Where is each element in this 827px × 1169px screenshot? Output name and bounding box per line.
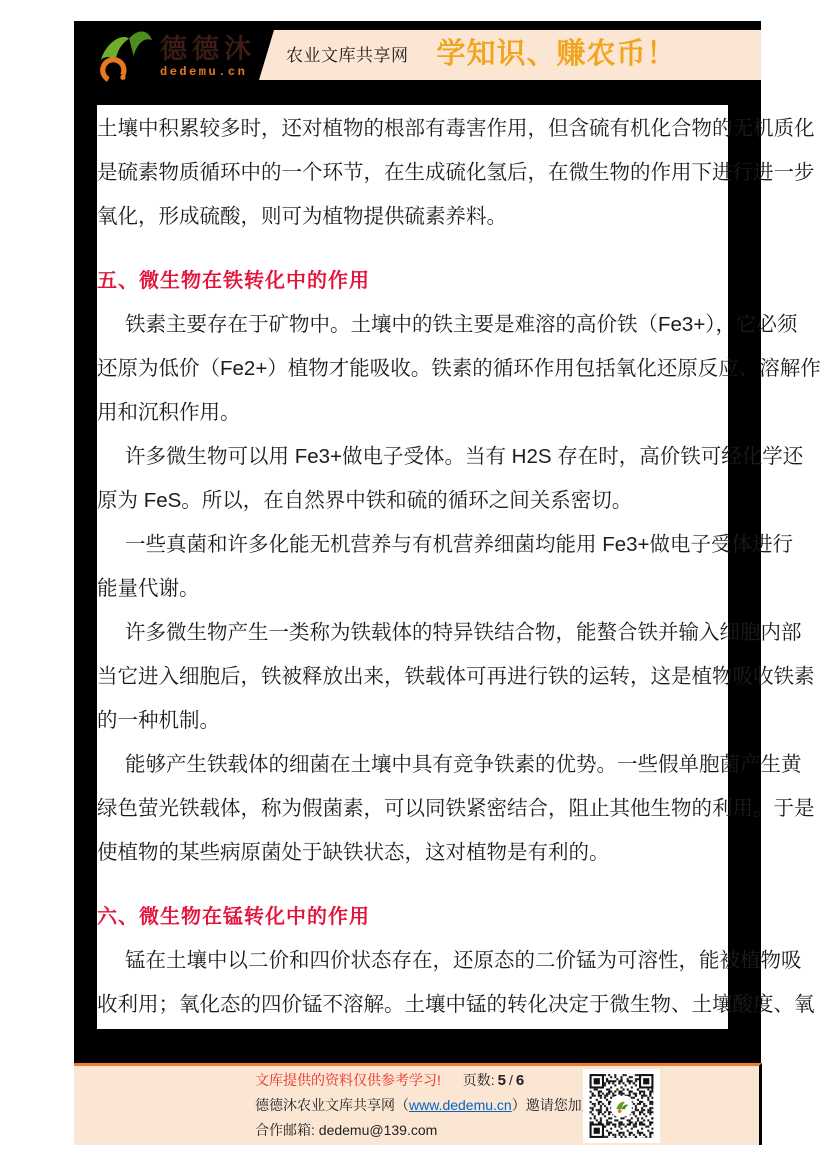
site-name: 农业文库共享网	[286, 41, 409, 66]
total-pages: 6	[516, 1072, 524, 1089]
text-line: 用和沉积作用。	[97, 391, 728, 435]
disclaimer-line: 文库提供的资料仅供参考学习! 页数:5/6	[255, 1068, 759, 1093]
qr-finder-top-right	[639, 1074, 653, 1088]
text-line: 的一种机制。	[97, 699, 728, 743]
site-logo: 德德沐 dedemu.cn	[92, 26, 256, 88]
qr-finder-bottom-left	[590, 1124, 604, 1138]
qr-center-logo	[611, 1096, 632, 1117]
website-link[interactable]: www.dedemu.cn	[409, 1097, 512, 1113]
page-indicator: 页数:5/6	[463, 1072, 527, 1088]
invite-prefix: 德德沐农业文库共享网（	[255, 1097, 409, 1113]
text-line: 锰在土壤中以二价和四价状态存在，还原态的二价锰为可溶性，能被植物吸	[97, 939, 728, 983]
text-line: 当它进入细胞后，铁被释放出来，铁载体可再进行铁的运转，这是植物吸收铁素	[97, 655, 728, 699]
text-line: 土壤中积累较多时，还对植物的根部有毒害作用，但含硫有机化合物的无机质化	[97, 107, 728, 151]
text-line: 铁素主要存在于矿物中。土壤中的铁主要是难溶的高价铁（Fe3+），它必须	[97, 303, 728, 347]
brand-text-block: 德德沐 dedemu.cn	[160, 34, 256, 80]
logo-bird-icon	[92, 28, 154, 86]
document-body: 土壤中积累较多时，还对植物的根部有毒害作用，但含硫有机化合物的无机质化 是硫素物…	[97, 105, 728, 1029]
contact-line: 合作邮箱: dedemu@139.com	[255, 1118, 759, 1143]
qr-code-image	[586, 1072, 657, 1140]
text-line: 绿色萤光铁载体，称为假菌素，可以同铁紧密结合，阻止其他生物的利用。于是	[97, 787, 728, 831]
current-page: 5	[498, 1072, 506, 1089]
qr-code	[583, 1069, 660, 1143]
section-heading-manganese: 六、微生物在锰转化中的作用	[97, 895, 728, 939]
slogan-text: 学知识、赚农币！	[437, 31, 677, 72]
text-line: 是硫素物质循环中的一个环节，在生成硫化氢后，在微生物的作用下进行进一步	[97, 151, 728, 195]
text-line: 一些真菌和许多化能无机营养与有机营养细菌均能用 Fe3+做电子受体进行	[97, 523, 728, 567]
brand-name: 德德沐	[160, 34, 256, 64]
qr-finder-top-left	[590, 1074, 604, 1088]
pages-label: 页数:	[463, 1072, 495, 1088]
text-line: 原为 FeS。所以，在自然界中铁和硫的循环之间关系密切。	[97, 479, 728, 523]
text-line: 许多微生物可以用 Fe3+做电子受体。当有 H2S 存在时，高价铁可经化学还	[97, 435, 728, 479]
section-heading-iron: 五、微生物在铁转化中的作用	[97, 259, 728, 303]
text-line: 还原为低价（Fe2+）植物才能吸收。铁素的循环作用包括氧化还原反应、溶解作	[97, 347, 728, 391]
invite-line: 德德沐农业文库共享网（www.dedemu.cn）邀请您加入☞	[255, 1093, 759, 1118]
disclaimer-text: 文库提供的资料仅供参考学习!	[255, 1072, 441, 1088]
text-line: 收利用；氧化态的四价锰不溶解。土壤中锰的转化决定于微生物、土壤酸度、氧	[97, 983, 728, 1027]
text-line: 能够产生铁载体的细菌在土壤中具有竞争铁素的优势。一些假单胞菌产生黄	[97, 743, 728, 787]
text-line: 许多微生物产生一类称为铁载体的特异铁结合物，能螯合铁并输入细胞内部	[97, 611, 728, 655]
document-viewer-page: 德德沐 dedemu.cn 农业文库共享网 学知识、赚农币！ 土壤中积累较多时，…	[0, 0, 827, 1169]
brand-domain: dedemu.cn	[160, 64, 256, 80]
text-line: 使植物的某些病原菌处于缺铁状态，这对植物是有利的。	[97, 831, 728, 875]
header-ribbon: 农业文库共享网 学知识、赚农币！	[259, 30, 761, 80]
text-line: 能量代谢。	[97, 567, 728, 611]
page-divider: /	[509, 1072, 513, 1088]
text-line: 氧化，形成硫酸，则可为植物提供硫素养料。	[97, 195, 728, 239]
